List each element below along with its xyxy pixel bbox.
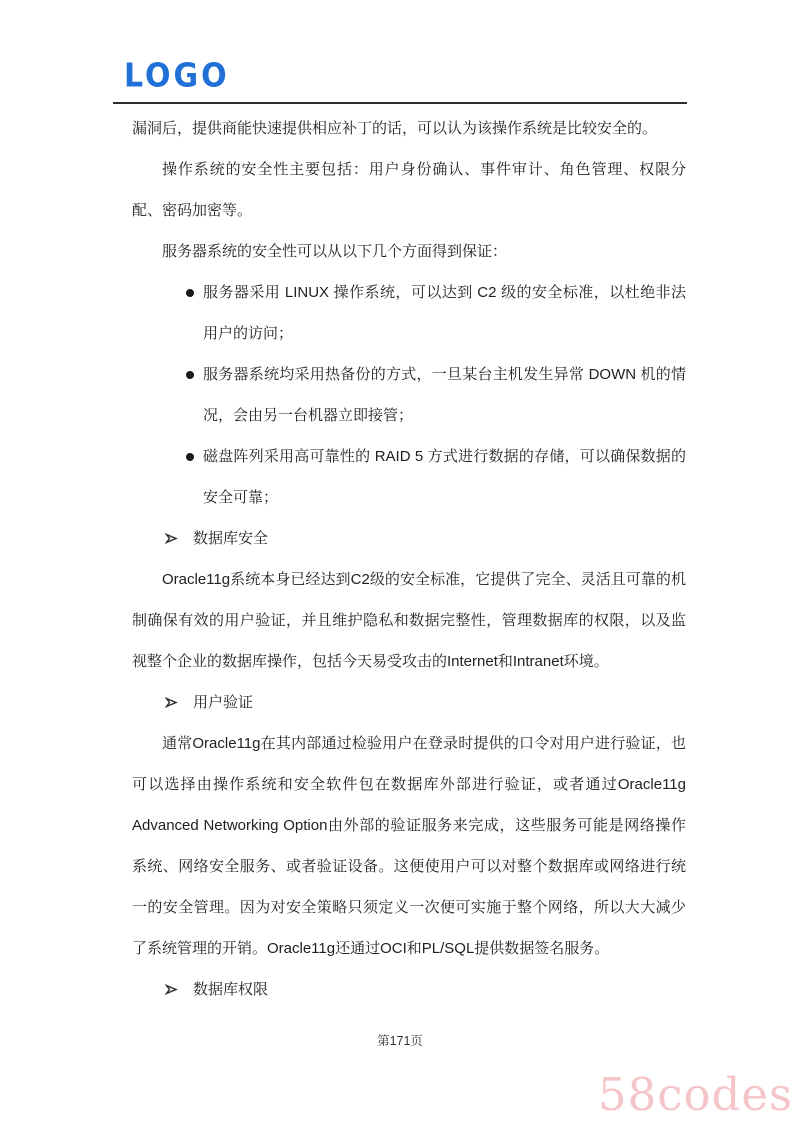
page-number: 第171页 (0, 1031, 800, 1049)
logo: LOGO (124, 57, 230, 96)
list-item-text: 磁盘阵列采用高可靠性的 RAID 5 方式进行数据的存储，可以确保数据的安全可靠… (203, 436, 686, 518)
section-heading-label: 数据库权限 (193, 969, 268, 1010)
list-item: 服务器系统均采用热备份的方式，一旦某台主机发生异常 DOWN 机的情况，会由另一… (132, 354, 686, 436)
arrow-icon (165, 983, 178, 996)
document-body: 漏洞后，提供商能快速提供相应补丁的话，可以认为该操作系统是比较安全的。 操作系统… (132, 108, 686, 1010)
arrow-icon (165, 696, 178, 709)
list-item: 服务器采用 LINUX 操作系统，可以达到 C2 级的安全标准，以杜绝非法用户的… (132, 272, 686, 354)
bullet-icon (186, 453, 194, 461)
watermark: 58codes (598, 1068, 793, 1121)
section-heading: 数据库权限 (132, 969, 686, 1010)
paragraph: 漏洞后，提供商能快速提供相应补丁的话，可以认为该操作系统是比较安全的。 (132, 108, 686, 149)
bullet-icon (186, 371, 194, 379)
section-heading-label: 用户验证 (193, 682, 253, 723)
list-item-text: 服务器采用 LINUX 操作系统，可以达到 C2 级的安全标准，以杜绝非法用户的… (203, 272, 686, 354)
section-heading: 用户验证 (132, 682, 686, 723)
list-item-text: 服务器系统均采用热备份的方式，一旦某台主机发生异常 DOWN 机的情况，会由另一… (203, 354, 686, 436)
bullet-icon (186, 289, 194, 297)
paragraph: 操作系统的安全性主要包括：用户身份确认、事件审计、角色管理、权限分配、密码加密等… (132, 149, 686, 231)
paragraph: 通常Oracle11g在其内部通过检验用户在登录时提供的口令对用户进行验证，也可… (132, 723, 686, 969)
section-heading-label: 数据库安全 (193, 518, 268, 559)
arrow-icon (165, 532, 178, 545)
paragraph: 服务器系统的安全性可以从以下几个方面得到保证： (132, 231, 686, 272)
paragraph: Oracle11g系统本身已经达到C2级的安全标准，它提供了完全、灵活且可靠的机… (132, 559, 686, 682)
list-item: 磁盘阵列采用高可靠性的 RAID 5 方式进行数据的存储，可以确保数据的安全可靠… (132, 436, 686, 518)
section-heading: 数据库安全 (132, 518, 686, 559)
document-page: LOGO 漏洞后，提供商能快速提供相应补丁的话，可以认为该操作系统是比较安全的。… (0, 0, 800, 1132)
header-divider (113, 102, 687, 104)
